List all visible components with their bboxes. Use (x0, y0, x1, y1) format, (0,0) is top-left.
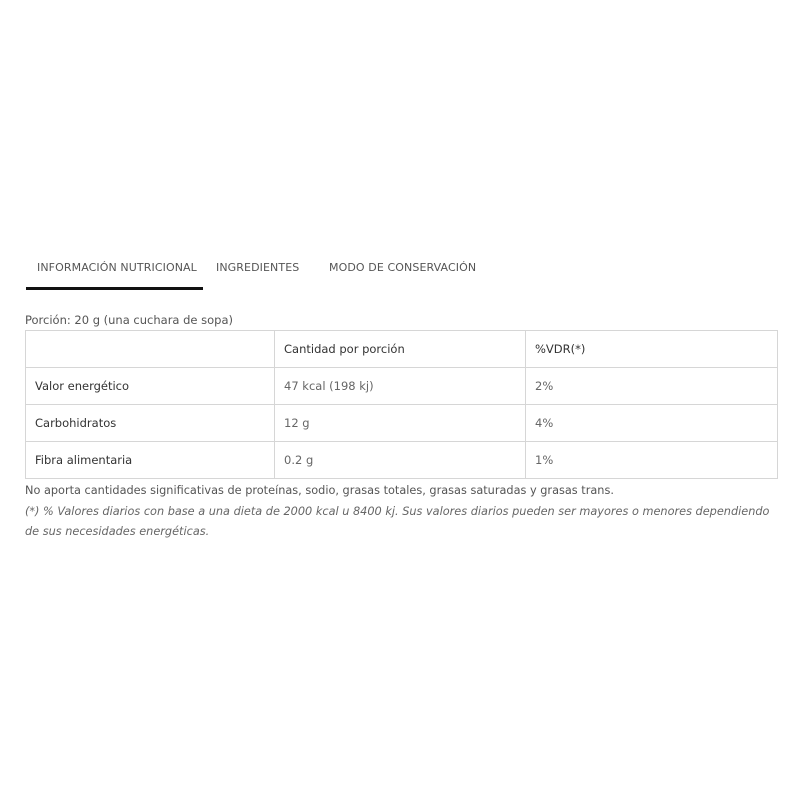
nutrient-amount: 47 kcal (198 kj) (275, 368, 526, 405)
header-nutrient (26, 331, 275, 368)
tab-ingredientes[interactable]: INGREDIENTES (203, 252, 324, 280)
header-vdr: %VDR(*) (526, 331, 778, 368)
tab-modo-de-conservacion[interactable]: MODO DE CONSERVACIÓN (324, 252, 476, 280)
table-row: Fibra alimentaria 0.2 g 1% (26, 442, 778, 479)
tab-informacion-nutricional[interactable]: INFORMACIÓN NUTRICIONAL (26, 252, 203, 280)
table-row: Valor energético 47 kcal (198 kj) 2% (26, 368, 778, 405)
header-amount: Cantidad por porción (275, 331, 526, 368)
nutrition-note: No aporta cantidades significativas de p… (25, 484, 614, 497)
nutrient-amount: 0.2 g (275, 442, 526, 479)
table-header-row: Cantidad por porción %VDR(*) (26, 331, 778, 368)
table-row: Carbohidratos 12 g 4% (26, 405, 778, 442)
portion-label: Porción: 20 g (una cuchara de sopa) (25, 313, 233, 327)
nutrient-vdr: 2% (526, 368, 778, 405)
nutrition-table: Cantidad por porción %VDR(*) Valor energ… (25, 330, 778, 479)
nutrition-footnote: (*) % Valores diarios con base a una die… (25, 502, 785, 542)
product-info-tabs: INFORMACIÓN NUTRICIONAL INGREDIENTES MOD… (26, 252, 476, 292)
nutrient-vdr: 1% (526, 442, 778, 479)
nutrient-amount: 12 g (275, 405, 526, 442)
nutrient-name: Carbohidratos (26, 405, 275, 442)
nutrient-vdr: 4% (526, 405, 778, 442)
nutrient-name: Fibra alimentaria (26, 442, 275, 479)
nutrient-name: Valor energético (26, 368, 275, 405)
